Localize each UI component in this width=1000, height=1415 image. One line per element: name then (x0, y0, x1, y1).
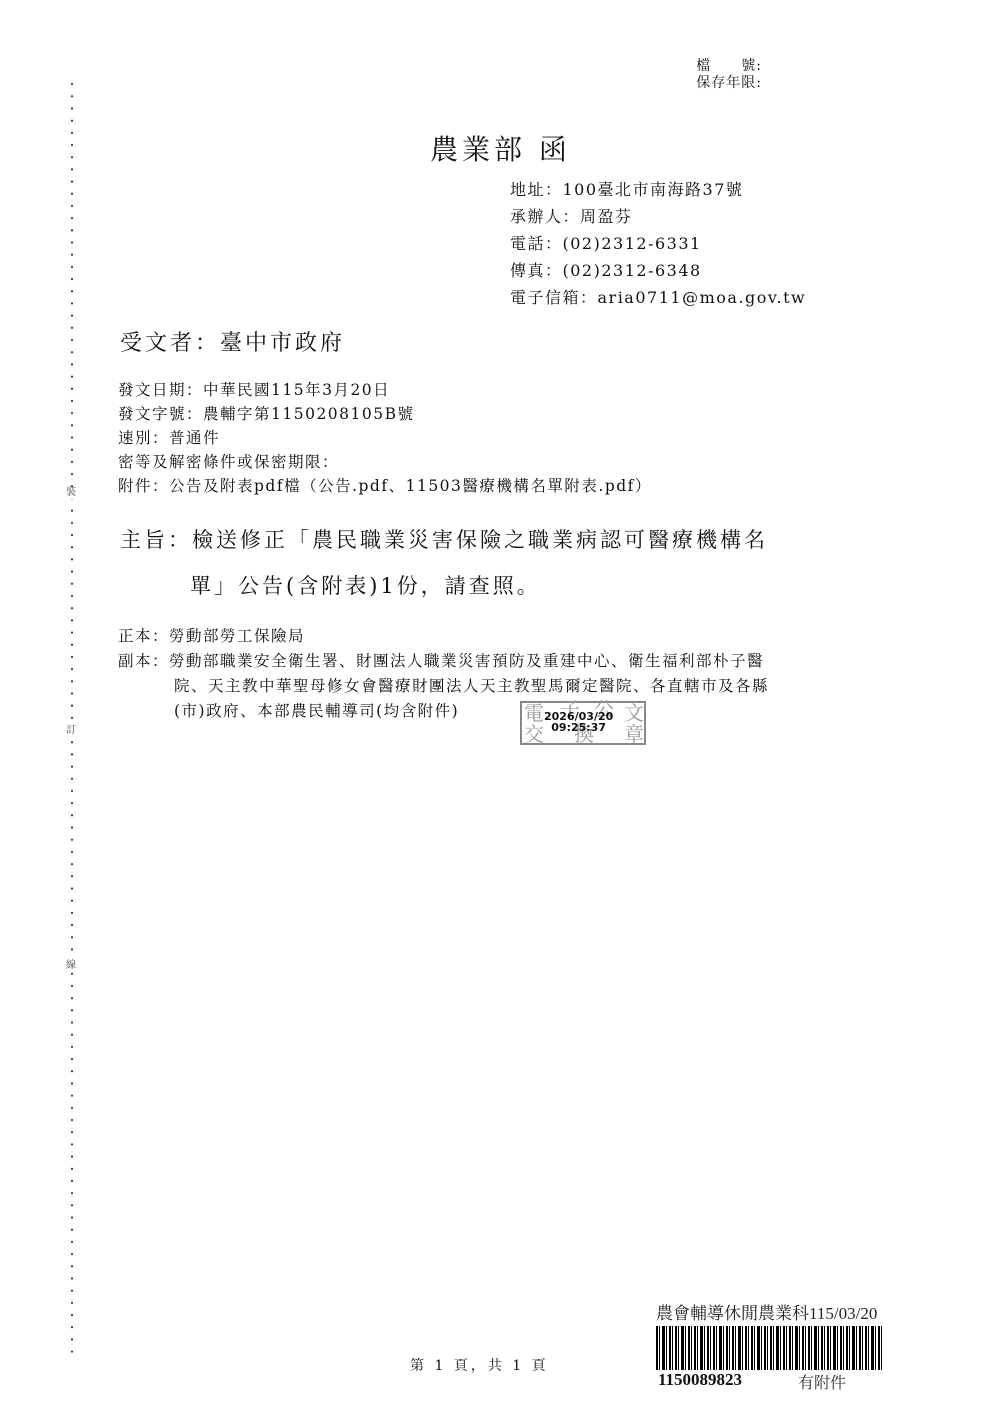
contact-block: 地址：100臺北市南海路37號 承辦人：周盈芬 電話：(02)2312-6331… (510, 176, 806, 311)
email: 電子信箱：aria0711@moa.gov.tw (510, 284, 806, 311)
subject-line-1: 主旨：檢送修正「農民職業災害保險之職業病認可醫療機構名 (120, 524, 768, 554)
document-title: 農業部 函 (430, 128, 571, 168)
barcode-block: 農會輔導休閒農業科115/03/20 1150089823 有附件 (656, 1299, 884, 1390)
retention-period-label: 保存年限: (696, 75, 762, 92)
barcode-number: 1150089823 (658, 1370, 742, 1390)
margin-label-staple: 訂 (66, 725, 76, 737)
cc-line-1: 勞動部職業安全衛生署、財團法人職業災害預防及重建中心、衛生福利部朴子醫 (169, 652, 764, 670)
electronic-exchange-stamp: 電 子 公 文 交 換 章 2026/03/20 09:25:37 (520, 701, 646, 745)
classification: 密等及解密條件或保密期限： (118, 450, 652, 474)
phone: 電話：(02)2312-6331 (510, 230, 806, 257)
fax: 傳真：(02)2312-6348 (510, 257, 806, 284)
attachments: 附件：公告及附表pdf檔（公告.pdf、11503醫療機構名單附表.pdf） (118, 474, 652, 498)
stamp-char: 電 (524, 703, 544, 723)
cc-line-2: 院、天主教中華聖母修女會醫療財團法人天主教聖馬爾定醫院、各直轄市及各縣 (118, 674, 769, 699)
stamp-char: 章 (624, 724, 644, 744)
barcode-header: 農會輔導休閒農業科115/03/20 (656, 1299, 884, 1324)
cc-line-3: (市)政府、本部農民輔導司(均含附件) (118, 699, 769, 724)
handler: 承辦人：周盈芬 (510, 203, 806, 230)
stamp-char: 文 (624, 703, 644, 723)
original-value: 勞動部勞工保險局 (169, 627, 305, 645)
margin-label-bind: 裝 (66, 487, 76, 499)
document-number: 發文字號：農輔字第1150208105B號 (118, 402, 652, 426)
binding-margin-dotted-line (70, 78, 74, 1353)
priority: 速別：普通件 (118, 426, 652, 450)
file-meta: 檔 號: 保存年限: (696, 58, 762, 92)
stamp-char: 交 (524, 724, 544, 744)
stamp-timestamp: 2026/03/20 09:25:37 (544, 711, 613, 733)
cc-label: 副本： (118, 652, 169, 670)
stamp-time: 09:25:37 (544, 722, 613, 733)
cc-recipients: 副本：勞動部職業安全衛生署、財團法人職業災害預防及重建中心、衛生福利部朴子醫 (118, 649, 769, 674)
subject-line-2: 單」公告(含附表)1份，請查照。 (190, 570, 541, 600)
recipient: 受文者：臺中市政府 (120, 326, 345, 357)
address: 地址：100臺北市南海路37號 (510, 176, 806, 203)
original-label: 正本： (118, 627, 169, 645)
attachment-note: 有附件 (798, 1370, 846, 1393)
page-number: 第 1 頁，共 1 頁 (410, 1355, 549, 1375)
document-meta: 發文日期：中華民國115年3月20日 發文字號：農輔字第1150208105B號… (118, 378, 652, 498)
original-recipient: 正本：勞動部勞工保險局 (118, 624, 769, 649)
margin-label-line: 線 (66, 960, 76, 972)
issue-date: 發文日期：中華民國115年3月20日 (118, 378, 652, 402)
distribution-list: 正本：勞動部勞工保險局 副本：勞動部職業安全衛生署、財團法人職業災害預防及重建中… (118, 624, 769, 724)
file-number-label: 檔 號: (696, 58, 762, 75)
barcode-icon (656, 1326, 884, 1370)
